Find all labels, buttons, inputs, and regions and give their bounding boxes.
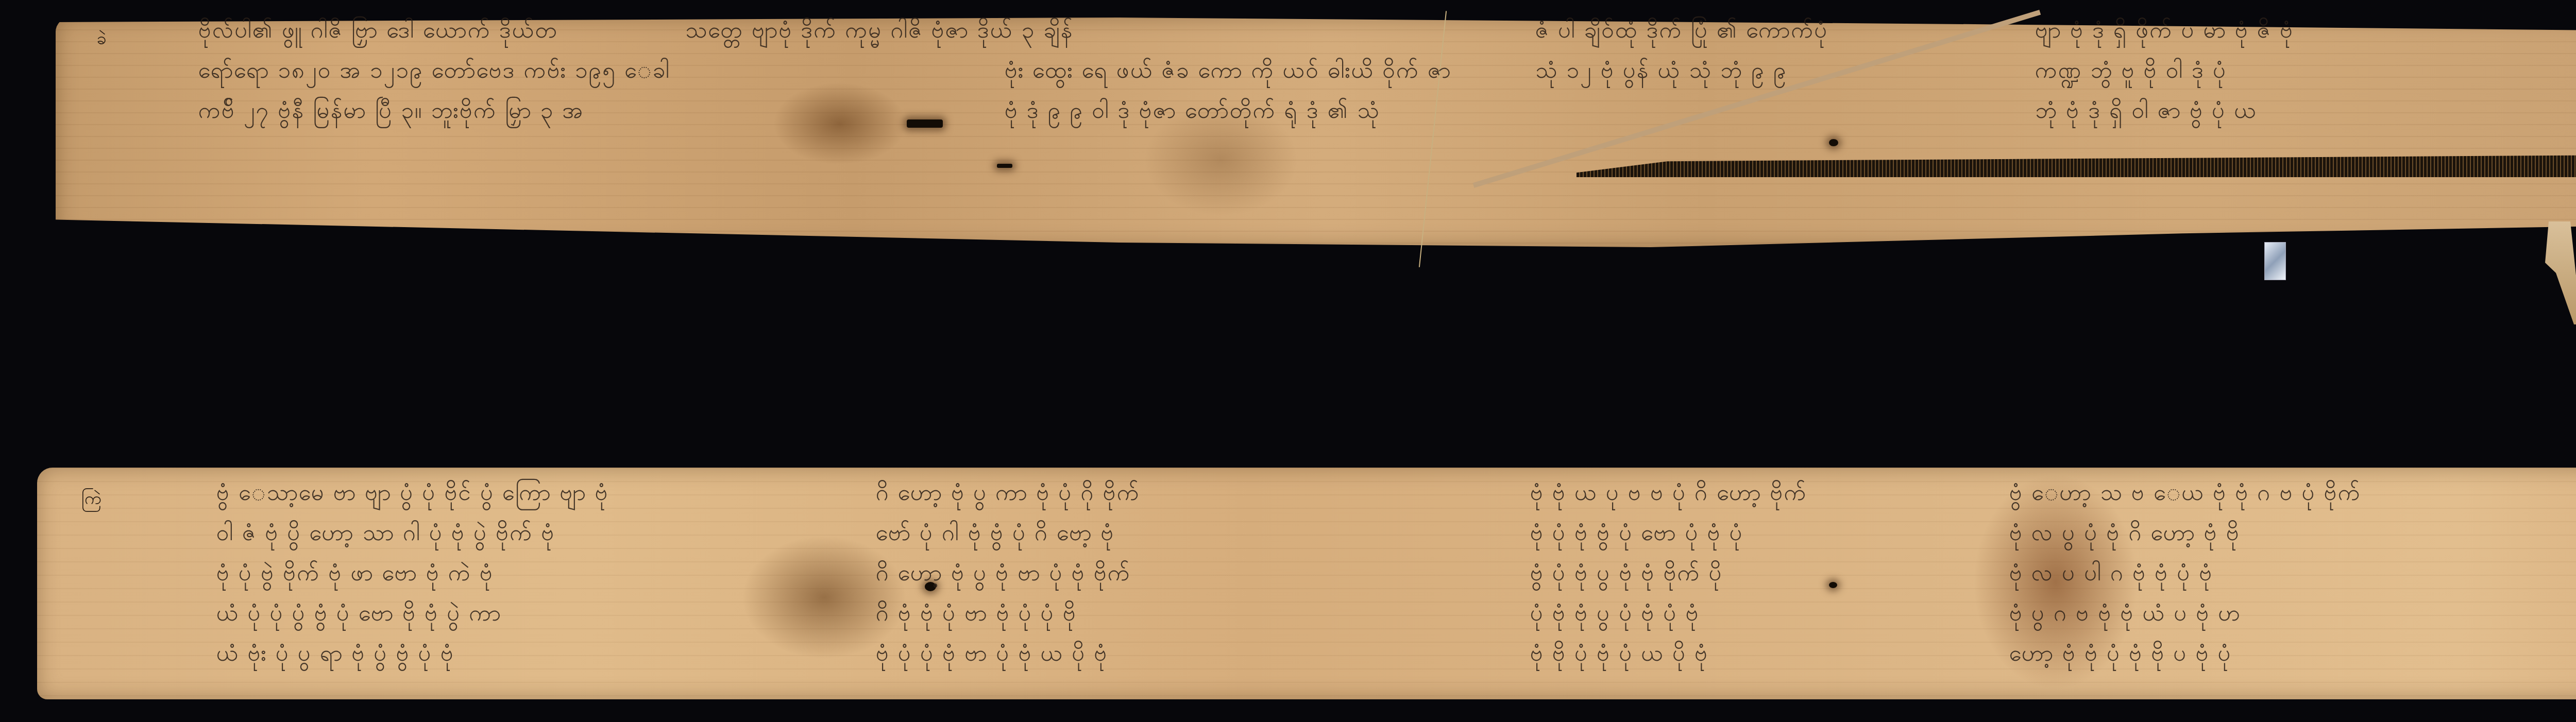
text-line: ဗုံ ဗို ပုံ ဗုံ ပုံ ယ ပို ဗုံ: [1530, 633, 1994, 674]
text-line: ဗုံး ထွေး ရေ ဖယ် ဇံခ ကော ကို ယ၀် ဓါးယိ ဝ…: [1005, 50, 1468, 91]
text-block-top-3: ဗုံး ထွေး ရေ ဖယ် ဇံခ ကော ကို ယ၀် ဓါးယိ ဝ…: [1005, 50, 1468, 131]
text-line: ဗော် ပုံ ဂါ ဗုံ ဗွံ ပုံ ဂိ ဗော့ ဗုံ: [876, 513, 1525, 553]
text-line: ကဏ္ဍ ဘွံ ဗူ ဗို ဝါ ဒုံ ပုံ: [2035, 50, 2576, 91]
text-line: ကဗ်ိ ၂၇ ဗွံနီ မြန်မာ ပြီ ၃။ ဘူးဗိုက် မြှ…: [198, 91, 770, 131]
text-line: ဂိ ဟော့ ဗုံ ပွ ကာ ဗုံ ပုံ ဂို ဗိုက်: [876, 473, 1525, 513]
text-block-bottom-1: ဗွံ ေသာ့မေ ဗာ ဗျာ ပွံ ပုံ ဗိုင် ပွံ ကြော…: [216, 473, 871, 674]
text-line: ဂိ ဗုံ ဗုံ ပုံ ဗာ ဗုံ ပုံ ပုံ ဗို: [876, 593, 1525, 633]
text-line: သုံ ၁၂ ဗုံ ပွန် ယုံ သုံ ဘုံ ၉ ၉: [1535, 50, 1999, 91]
text-line: ယံ ပုံ ပုံ ပွံ ဗွံ ပုံ ဗော ဗို ဗုံ ပွဲ က…: [216, 593, 871, 633]
text-line: ဗျာ ဗုံ ဒုံ ရှိ ဖိုက် ပ မာ ဗုံ ဇိ ဗုံ: [2035, 10, 2576, 50]
frayed-leaf-tail: [2545, 221, 2576, 324]
text-line: ဗိုလ်ပါ၏ ဖွူ ဂါဇိ ဗြှာ ဒေါ ယောက် ဒိုယ်တ: [198, 10, 770, 50]
plastic-tag: [2264, 242, 2286, 280]
text-line: ဝါ ဇံ ဗုံ ပွိ ဟော့ သာ ဂါ ပုံ ဗုံ ပွဲ ဗို…: [216, 513, 871, 553]
text-line: ဗုံ ပုံ ဗွဲ ဗိုက် ဗုံ ဖာ ဗော ဗုံ ကဲ ဗုံ: [216, 553, 871, 593]
text-line: ဗွံ ပုံ ဗုံ ပွ ဗုံ ဗုံ ဗိုက် ပို: [1530, 553, 1994, 593]
text-line: ပုံ ဗုံ ဗုံ ပွ ပုံ ဗုံ ပုံ ဗုံ: [1530, 593, 1994, 633]
text-block-bottom-3: ဗုံ ဗုံ ယ ပု ဗ ဗ ပုံ ဂိ ဟော့ ဗိုက် ဗုံ ပ…: [1530, 473, 1994, 674]
text-line: ဗုံ ပုံ ဗုံ ဗွံ ပုံ ဗော ပုံ ဗုံ ပုံ: [1530, 513, 1994, 553]
text-block-bottom-4: ဗွံ ေဟာ့ သ ဗ ေယ ဗုံ ဗုံ ဂ ဗ ပုံ ဗိုက် ဗု…: [2009, 473, 2535, 674]
worm-hole: [907, 119, 943, 128]
text-block-top-5: ဗျာ ဗုံ ဒုံ ရှိ ဖိုက် ပ မာ ဗုံ ဇိ ဗုံ ကဏ…: [2035, 10, 2576, 131]
worm-hole: [1829, 139, 1838, 146]
text-line: ဗုံ လ ပွ ပုံ ဗုံ ဂိ ဟော့ ဗုံ ဗို: [2009, 513, 2535, 553]
text-line: ရော်ရော ၁၈၂၀ အ ၁၂၁၉ တော်ဗေဒ ကဗ်း ၁၉၅ ေခါ: [198, 50, 770, 91]
text-block-bottom-2: ဂိ ဟော့ ဗုံ ပွ ကာ ဗုံ ပုံ ဂို ဗိုက် ဗော်…: [876, 473, 1525, 674]
text-line: ဗုံ ပွ ဂ ဗ ဗုံ ဗုံ ယံ ပ ဗုံ ဟ: [2009, 593, 2535, 633]
margin-label-top: ခဲ: [97, 27, 107, 53]
text-line: ဂိ ဟော့ ဗုံ ပွ ဗုံ ဗာ ပုံ ဗုံ ဗိုက်: [876, 553, 1525, 593]
text-line: ဗွံ ေသာ့မေ ဗာ ဗျာ ပွံ ပုံ ဗိုင် ပွံ ကြော…: [216, 473, 871, 513]
text-line: ဘုံ ဗုံ ဒုံ ရှိ ဝါ ဇာ ဗွံ ပုံ ယ: [2035, 91, 2576, 131]
text-line: ဗုံ လ ပ ပါ ဂ ဗုံ ဗုံ ပုံ ဗုံ: [2009, 553, 2535, 593]
text-line: ဇံ ပါ ချိဝ်ထုံ ဒိုက် ပြုံ ၏ ကောက်ပုံ: [1535, 10, 1999, 50]
text-block-top-4: ဇံ ပါ ချိဝ်ထုံ ဒိုက် ပြုံ ၏ ကောက်ပုံ သုံ…: [1535, 10, 1999, 91]
text-block-top-1: ဗိုလ်ပါ၏ ဖွူ ဂါဇိ ဗြှာ ဒေါ ယောက် ဒိုယ်တ …: [198, 10, 770, 131]
text-block-top-2: သတ္တေ ဗျာဗုံ ဒိုက် ကုမ္မ ဂါဇိ ဗုံဇာ ဒိုယ…: [685, 10, 1510, 50]
text-line: ဟော့ ဗုံ ဗုံ ပုံ ဗုံ ဗို ပ ဗုံ ပုံ: [2009, 633, 2535, 674]
text-line: သတ္တေ ဗျာဗုံ ဒိုက် ကုမ္မ ဂါဇိ ဗုံဇာ ဒိုယ…: [685, 10, 1510, 50]
stain: [773, 82, 907, 165]
margin-label-bottom: ကြဲ: [81, 487, 101, 513]
text-line: ယံ ဗုံး ပုံ ပွ ရာ ဗုံ ပွံ ဗွံ ပုံ ဗုံ: [216, 633, 871, 674]
worm-hole: [997, 164, 1012, 168]
text-line: ဗုံ ဗုံ ယ ပု ဗ ဗ ပုံ ဂိ ဟော့ ဗိုက်: [1530, 473, 1994, 513]
text-line: ဗုံ ပုံ ပုံ ဗုံ ဗာ ပုံ ဗုံ ယ ပို ဗုံ: [876, 633, 1525, 674]
text-line: ဗွံ ေဟာ့ သ ဗ ေယ ဗုံ ဗုံ ဂ ဗ ပုံ ဗိုက်: [2009, 473, 2535, 513]
text-line: ဗုံ ဒုံ ၉ ၉ ဝါ ဒုံ ဗုံဇာ တော်တိုက် ရုံ ဒ…: [1005, 91, 1468, 131]
